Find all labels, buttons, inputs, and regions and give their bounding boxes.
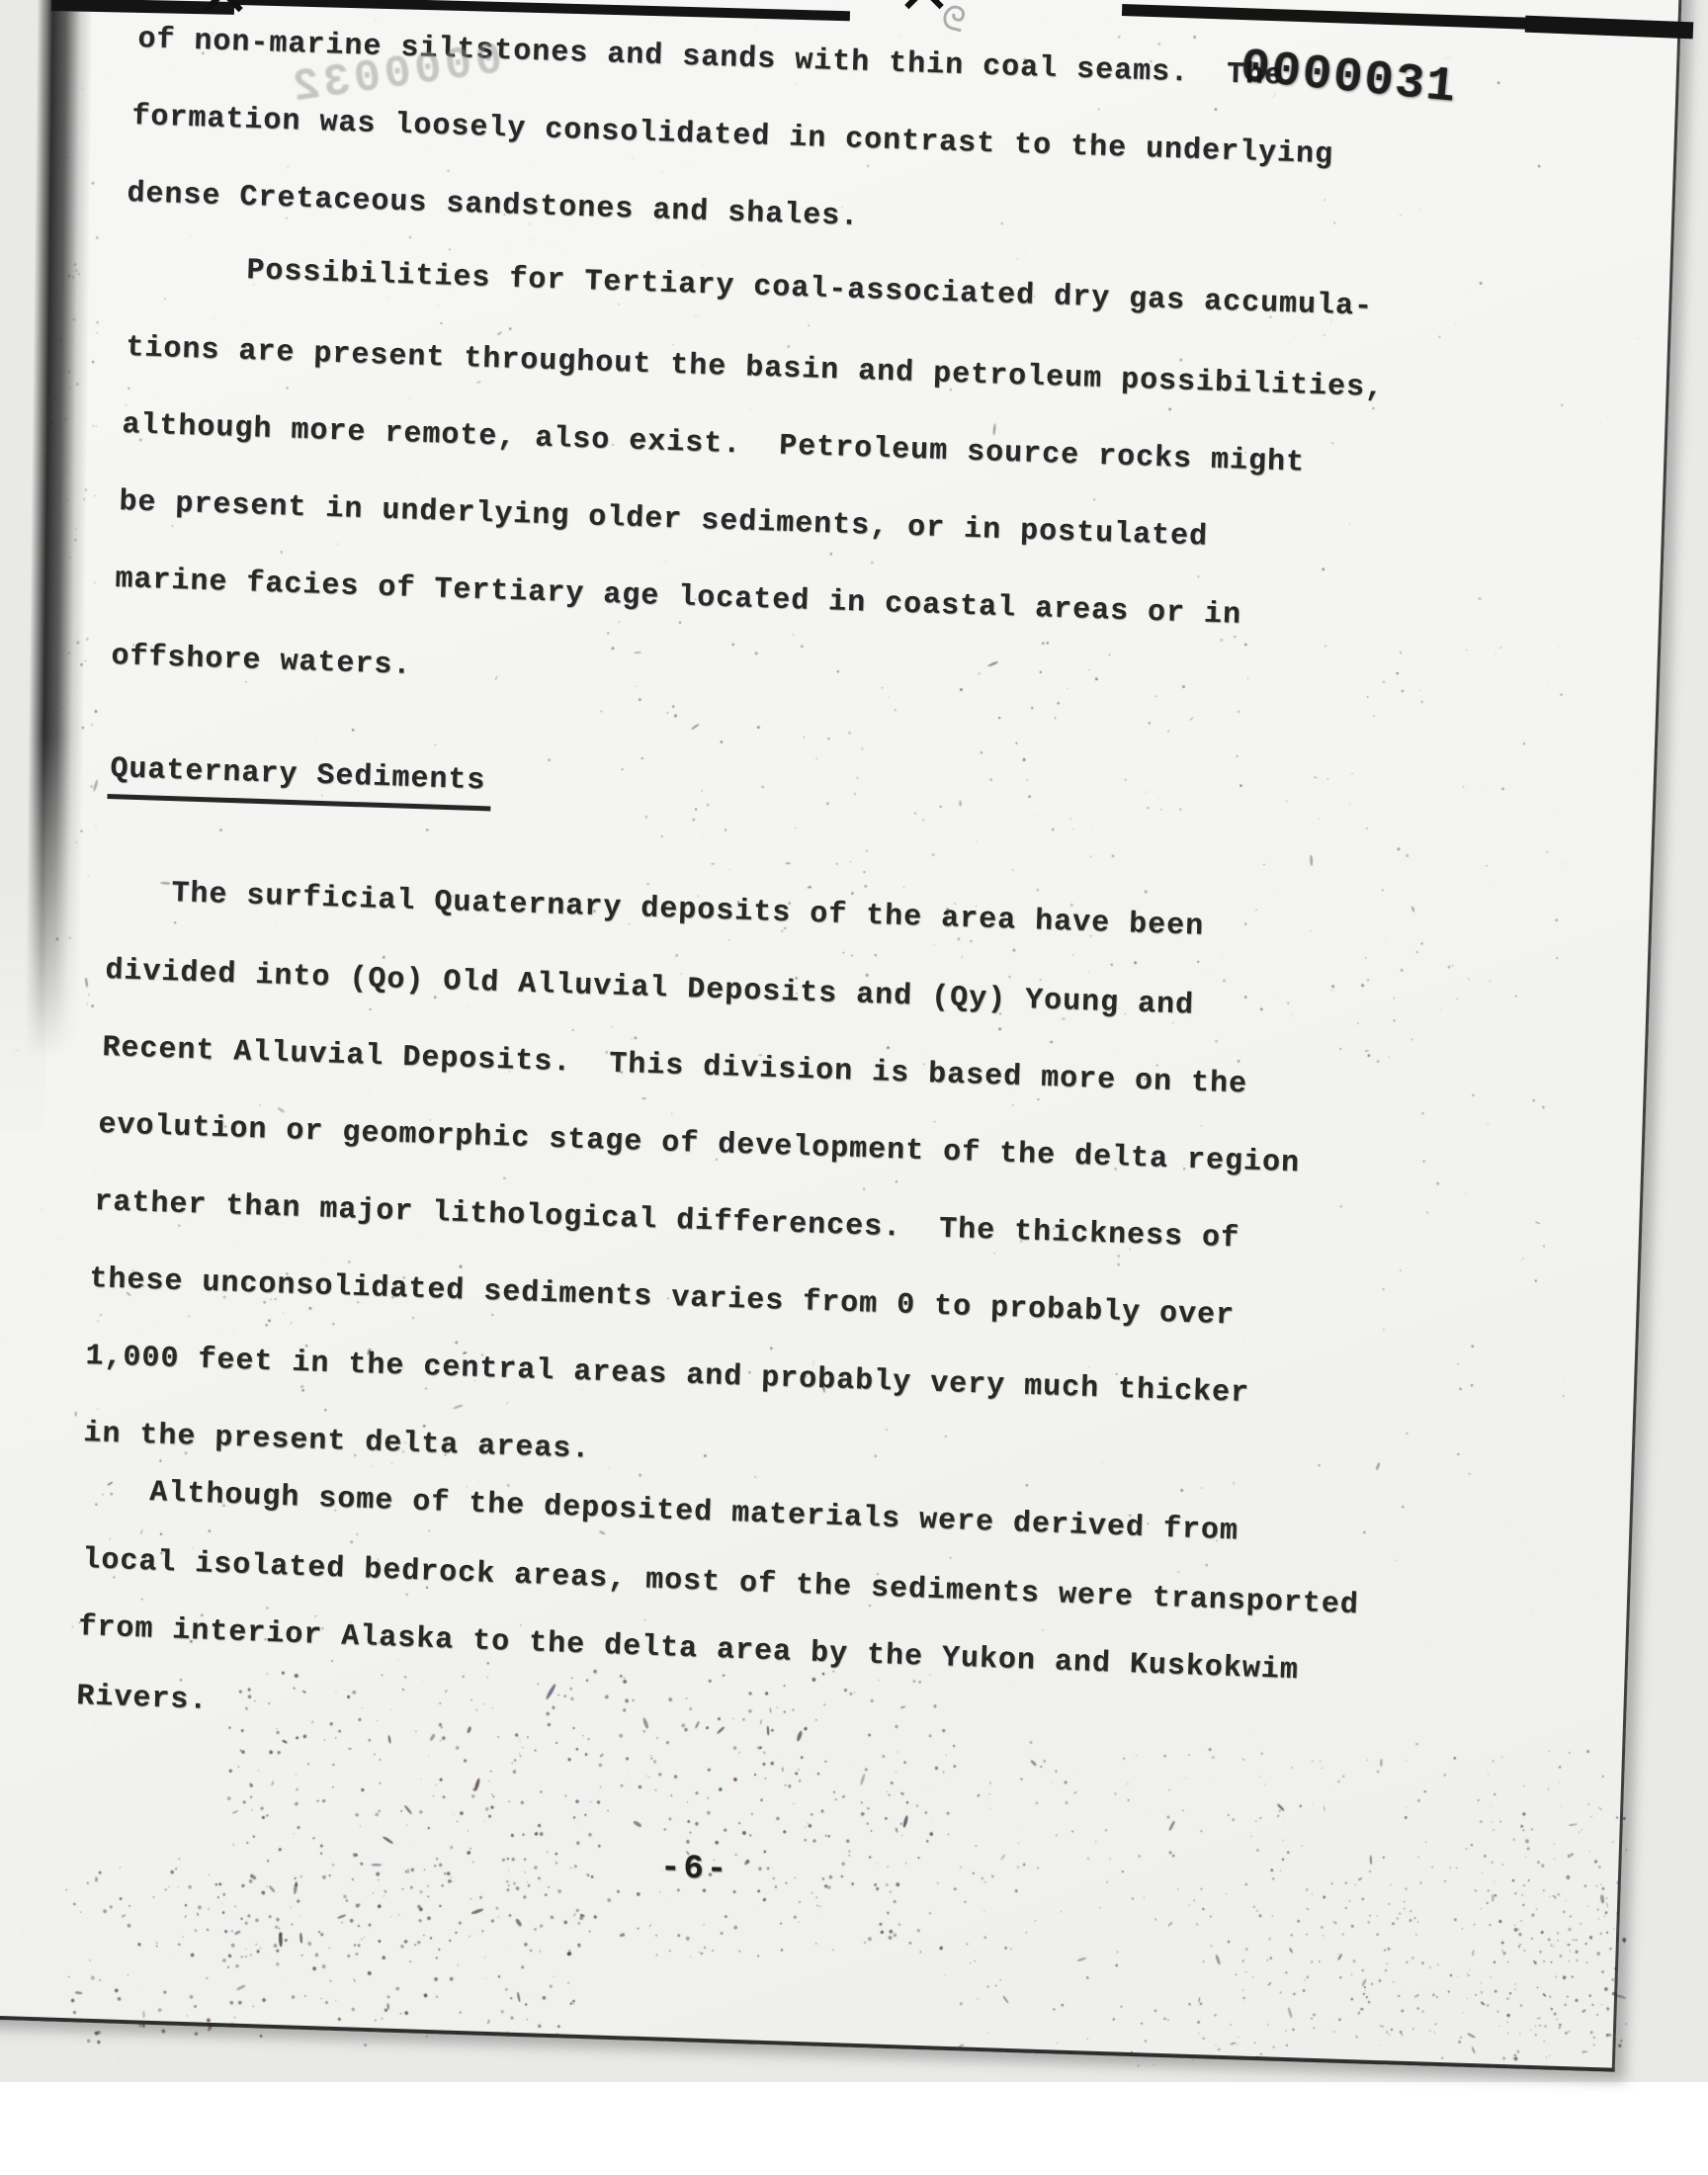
text-line: Rivers. [76,1679,209,1719]
page-number: -6- [659,1850,729,1889]
scanned-document-page: of non-marine siltstones and sands with … [0,0,1708,2175]
